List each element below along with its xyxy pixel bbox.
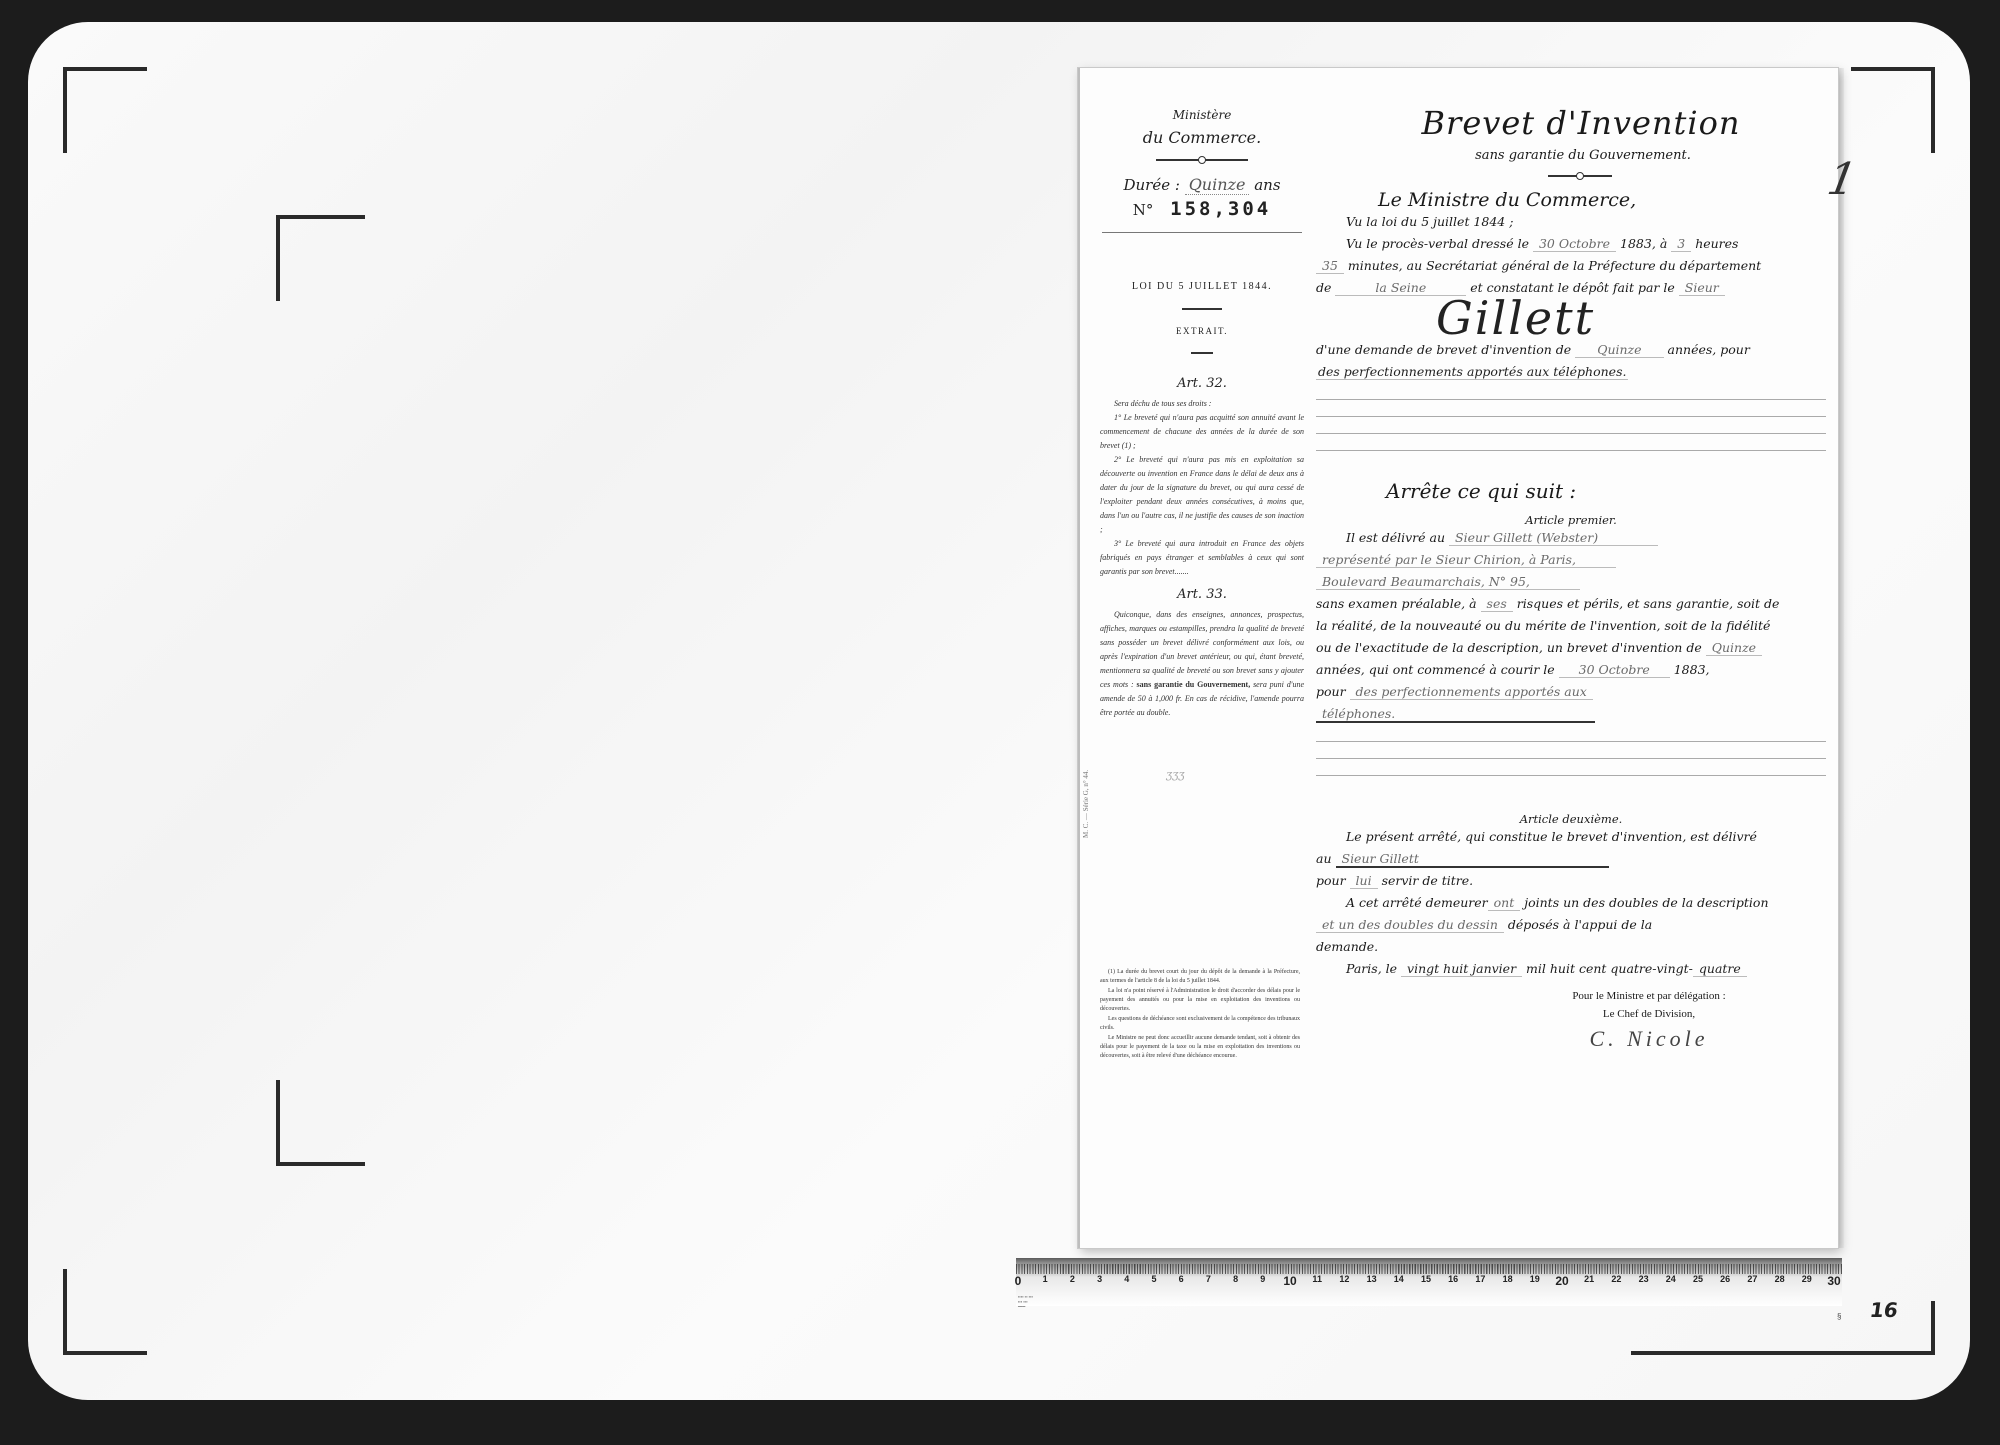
ruler-corner-mark: §	[1837, 1312, 1841, 1321]
article-2-pour-line: pour lui servir de titre.	[1316, 870, 1826, 892]
address-line: Boulevard Beaumarchais, N° 95,	[1316, 571, 1826, 593]
date-year-end: quatre	[1693, 961, 1747, 977]
article-32-item: 1° Le breveté qui n'aura pas acquitté so…	[1100, 411, 1304, 453]
measurement-ruler: 0123456789101112131415161718192021222324…	[1016, 1258, 1842, 1306]
article-2-dessin-line: et un des doubles du dessin déposés à l'…	[1316, 914, 1826, 936]
crop-mark-outer-top-left	[63, 67, 147, 153]
numero-label: N°	[1133, 201, 1154, 219]
ruler-label: 19	[1530, 1274, 1540, 1284]
article-33-emphasis: sans garantie du Gouvernement,	[1137, 680, 1251, 689]
ruler-label: 27	[1747, 1274, 1757, 1284]
pour-suffix: servir de titre.	[1382, 873, 1474, 888]
ornament-divider	[1548, 175, 1612, 177]
ministre-heading: Le Ministre du Commerce,	[1378, 189, 1826, 211]
article-33-body: Quiconque, dans des enseignes, annonces,…	[1098, 608, 1306, 720]
ruler-label: 28	[1775, 1274, 1785, 1284]
text-prefix: sans examen préalable, à	[1316, 596, 1477, 611]
ruler-maker-mark: ▪▪▪▪ ▪▪ ▪▪▪▪▪▪ ▪▪▪━━━	[1018, 1294, 1033, 1309]
vu-loi-line: Vu la loi du 5 juillet 1844 ;	[1346, 211, 1826, 233]
text-prefix: années, qui ont commencé à courir le	[1316, 662, 1555, 677]
margin-column: Ministère du Commerce. Durée : Quinze an…	[1098, 108, 1306, 720]
ruler-label: 13	[1367, 1274, 1377, 1284]
divider	[1191, 352, 1213, 354]
article-1-pour-2: téléphones.	[1316, 703, 1826, 725]
duree-unit: ans	[1254, 176, 1280, 194]
article-32-body: Sera déchu de tous ses droits : 1° Le br…	[1098, 397, 1306, 579]
article-1-text-4: années, qui ont commencé à courir le 30 …	[1316, 659, 1826, 681]
chef-division: Le Chef de Division,	[1524, 1008, 1774, 1020]
proces-verbal-line: Vu le procès-verbal dressé le 30 Octobre…	[1346, 233, 1826, 255]
article-32-heading: Art. 32.	[1098, 376, 1306, 391]
ruler-label: 8	[1233, 1274, 1238, 1284]
ruler-label: 2	[1070, 1274, 1075, 1284]
pour-prefix: pour	[1316, 873, 1346, 888]
footnote: Les questions de déchéance sont exclusiv…	[1100, 1015, 1300, 1033]
ruler-label: 21	[1584, 1274, 1594, 1284]
pv-a: à	[1660, 236, 1667, 251]
law-title: LOI DU 5 JUILLET 1844.	[1098, 281, 1306, 292]
ruler-label: 0	[1015, 1274, 1022, 1288]
footnote: La loi n'a point réservé à l'Administrat…	[1100, 987, 1300, 1014]
pv-date: 30 Octobre	[1533, 236, 1616, 252]
date-prefix: Paris, le	[1346, 961, 1397, 976]
handwritten-ont: ont	[1488, 895, 1521, 911]
ruler-label: 30	[1827, 1274, 1840, 1288]
demande-line: d'une demande de brevet d'invention de Q…	[1316, 339, 1826, 361]
ruler-label: 26	[1720, 1274, 1730, 1284]
ruler-label: 5	[1151, 1274, 1156, 1284]
ruler-label: 16	[1448, 1274, 1458, 1284]
blank-line	[1316, 758, 1826, 759]
applicant-name: Gillett	[1436, 291, 1826, 345]
patent-number: 158,304	[1170, 198, 1271, 220]
frame-number: 16	[1868, 1298, 1899, 1322]
duree-value: Quinze	[1185, 175, 1250, 195]
pencil-annotation: ʒʒʒ	[1166, 768, 1185, 781]
ruler-label: 3	[1097, 1274, 1102, 1284]
article-33-text: Quiconque, dans des enseignes, annonces,…	[1100, 608, 1304, 720]
document-subtitle: sans garantie du Gouvernement.	[1340, 148, 1826, 163]
demande-prefix: d'une demande de brevet d'invention de	[1316, 342, 1571, 357]
crop-mark-outer-bottom-left	[63, 1269, 147, 1355]
blank-line	[1316, 450, 1826, 451]
signature: C. Nicole	[1524, 1026, 1774, 1052]
article-32-item: 3° Le breveté qui aura introduit en Fran…	[1100, 537, 1304, 579]
demande-duree: Quinze	[1575, 342, 1663, 358]
article-32-item: 2° Le breveté qui n'aura pas mis en expl…	[1100, 453, 1304, 537]
invention-subject: des perfectionnements apportés aux télép…	[1316, 364, 1628, 380]
duree-line: Durée : Quinze ans	[1098, 175, 1306, 194]
blank-line	[1316, 741, 1826, 742]
invention-subject: des perfectionnements apportés aux	[1350, 684, 1593, 700]
blank-line	[1316, 399, 1826, 400]
document-title: Brevet d'Invention	[1336, 104, 1826, 142]
beneficiary: Sieur Gillett	[1336, 851, 1609, 868]
objet-line: des perfectionnements apportés aux télép…	[1316, 361, 1826, 383]
representative: représenté par le Sieur Chirion, à Paris…	[1316, 552, 1616, 568]
text-suffix: risques et périls, et sans garantie, soi…	[1517, 596, 1780, 611]
article-1-pour: pour des perfectionnements apportés aux	[1316, 681, 1826, 703]
dessin-suffix: déposés à l'appui de la	[1508, 917, 1652, 932]
form-reference: M. C. — Série G, n° 44.	[1082, 770, 1090, 838]
date-day-month: vingt huit janvier	[1401, 961, 1522, 977]
ruler-label: 11	[1312, 1274, 1322, 1284]
ruler-label: 15	[1421, 1274, 1431, 1284]
delegation-line: Pour le Ministre et par délégation :	[1524, 990, 1774, 1002]
delivre-prefix: Il est délivré au	[1346, 530, 1445, 545]
handwritten-duree: Quinze	[1706, 640, 1762, 656]
ruler-label: 17	[1475, 1274, 1485, 1284]
blank-line	[1316, 433, 1826, 434]
ruler-label: 4	[1124, 1274, 1129, 1284]
joints-suffix: joints un des doubles de la description	[1524, 895, 1768, 910]
demande-suffix: années, pour	[1668, 342, 1750, 357]
ruler-label: 23	[1639, 1274, 1649, 1284]
beneficiary: Sieur Gillett (Webster)	[1449, 530, 1658, 546]
handwritten-dessin: et un des doubles du dessin	[1316, 917, 1504, 933]
ruler-label: 1	[1043, 1274, 1048, 1284]
article-2-demande: demande.	[1316, 936, 1826, 958]
handwritten-ses: ses	[1481, 596, 1513, 612]
ruler-label: 10	[1283, 1274, 1296, 1288]
ruler-label: 29	[1802, 1274, 1812, 1284]
article-33-text-before: Quiconque, dans des enseignes, annonces,…	[1100, 610, 1304, 689]
arrete-heading: Arrête ce qui suit :	[1386, 479, 1826, 503]
date-suffix: mil huit cent quatre-vingt-	[1526, 961, 1693, 976]
representant-line: représenté par le Sieur Chirion, à Paris…	[1316, 549, 1826, 571]
text-prefix: ou de l'exactitude de la description, un…	[1316, 640, 1702, 655]
article-2-joints-line: A cet arrêté demeureront joints un des d…	[1346, 892, 1826, 914]
invention-subject-cont: téléphones.	[1316, 706, 1595, 723]
duree-label: Durée :	[1123, 176, 1179, 194]
footnote: Le Ministre ne peut donc accueillir aucu…	[1100, 1034, 1300, 1061]
ruler-label: 6	[1179, 1274, 1184, 1284]
divider	[1102, 232, 1302, 233]
crop-mark-inner-top-left	[276, 215, 365, 301]
ruler-label: 24	[1666, 1274, 1676, 1284]
patent-document: Ministère du Commerce. Durée : Quinze an…	[1078, 68, 1838, 1248]
ruler-ticks	[1016, 1264, 1842, 1274]
ruler-label: 7	[1206, 1274, 1211, 1284]
ruler-label: 22	[1611, 1274, 1621, 1284]
start-year: 1883,	[1674, 662, 1710, 677]
pv-heures: heures	[1695, 236, 1738, 251]
ruler-label: 14	[1394, 1274, 1404, 1284]
patent-number-line: N° 158,304	[1098, 198, 1306, 220]
pv-year: 1883,	[1620, 236, 1656, 251]
start-date: 30 Octobre	[1559, 662, 1670, 678]
article-2-au-line: au Sieur Gillett	[1316, 848, 1826, 870]
article-1-text-2: la réalité, de la nouveauté ou du mérite…	[1316, 615, 1826, 637]
article-2-line-1: Le présent arrêté, qui constitue le brev…	[1346, 826, 1826, 848]
ministere-label: Ministère	[1098, 108, 1306, 122]
pv-line2-text: minutes, au Secrétariat général de la Pr…	[1348, 258, 1761, 273]
article-32-intro: Sera déchu de tous ses droits :	[1100, 397, 1304, 411]
dept-prefix: de	[1316, 280, 1331, 295]
ornament-divider	[1156, 159, 1248, 161]
delivre-line: Il est délivré au Sieur Gillett (Webster…	[1346, 527, 1826, 549]
pv-hour: 3	[1671, 236, 1691, 252]
pour-prefix: pour	[1316, 684, 1346, 699]
handwritten-lui: lui	[1350, 873, 1378, 889]
joints-prefix: A cet arrêté demeurer	[1346, 895, 1488, 910]
address: Boulevard Beaumarchais, N° 95,	[1316, 574, 1580, 590]
pv-minutes: 35	[1316, 258, 1344, 274]
crop-mark-inner-bottom-left	[276, 1080, 365, 1166]
crop-mark-outer-top-right	[1851, 67, 1935, 153]
date-line: Paris, le vingt huit janvier mil huit ce…	[1346, 958, 1826, 980]
ruler-label: 12	[1339, 1274, 1349, 1284]
signature-block: Pour le Ministre et par délégation : Le …	[1524, 990, 1774, 1052]
pv-line-2: 35 minutes, au Secrétariat général de la…	[1316, 255, 1826, 277]
sieur-label: Sieur	[1679, 280, 1725, 296]
article-1-text-1: sans examen préalable, à ses risques et …	[1316, 593, 1826, 615]
main-column: 1 Brevet d'Invention sans garantie du Go…	[1316, 104, 1826, 1052]
blank-line	[1316, 416, 1826, 417]
ruler-label: 20	[1555, 1274, 1568, 1288]
footnotes: (1) La durée du brevet court du jour du …	[1100, 968, 1300, 1062]
article-33-heading: Art. 33.	[1098, 587, 1306, 602]
article-1-text-3: ou de l'exactitude de la description, un…	[1316, 637, 1826, 659]
extract-label: EXTRAIT.	[1098, 326, 1306, 336]
article-1-heading: Article premier.	[1316, 513, 1826, 527]
ruler-label: 25	[1693, 1274, 1703, 1284]
divider	[1182, 308, 1222, 310]
pv-prefix: Vu le procès-verbal dressé le	[1346, 236, 1529, 251]
ruler-label: 18	[1503, 1274, 1513, 1284]
blank-line	[1316, 775, 1826, 776]
au-label: au	[1316, 851, 1332, 866]
footnote: (1) La durée du brevet court du jour du …	[1100, 968, 1300, 986]
ministere-name: du Commerce.	[1098, 128, 1306, 147]
article-2-heading: Article deuxième.	[1316, 812, 1826, 826]
ruler-label: 9	[1260, 1274, 1265, 1284]
